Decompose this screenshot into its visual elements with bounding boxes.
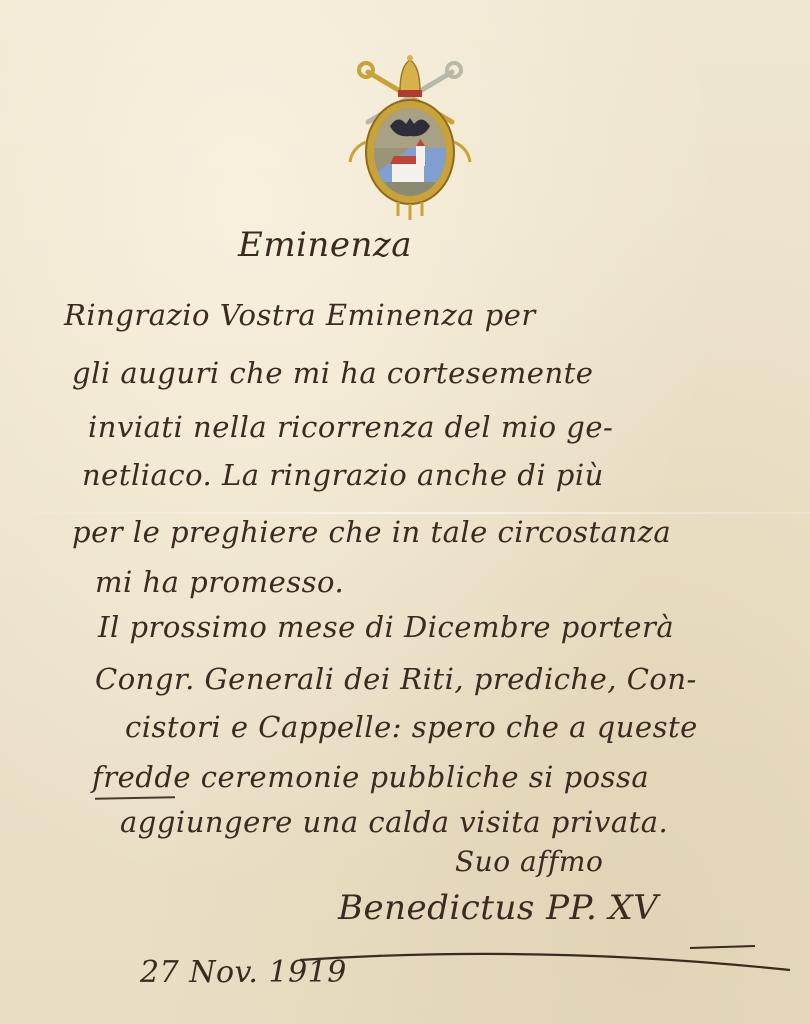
body-line-1: Ringrazio Vostra Eminenza per (64, 298, 536, 332)
body-line-3: inviati nella ricorrenza del mio ge- (88, 410, 613, 444)
closing: Suo affmo (455, 845, 603, 878)
body-line-11: aggiungere una calda visita privata. (120, 805, 668, 839)
signature-flourish-icon (290, 940, 800, 980)
body-line-9: cistori e Cappelle: spero che a queste (125, 710, 698, 744)
body-line-2: gli auguri che mi ha cortesemente (72, 356, 593, 390)
letter-page: Eminenza Ringrazio Vostra Eminenza per g… (0, 0, 810, 1024)
body-line-8: Congr. Generali dei Riti, prediche, Con- (95, 662, 697, 696)
signature: Benedictus PP. XV (338, 888, 658, 928)
date: 27 Nov. 1919 (140, 955, 347, 990)
papal-coat-of-arms-icon (340, 52, 480, 222)
underline-fredde (95, 796, 175, 799)
body-line-10: fredde ceremonie pubbliche si possa (92, 760, 649, 794)
body-line-7: Il prossimo mese di Dicembre porterà (98, 610, 674, 644)
body-line-5: per le preghiere che in tale circostanza (72, 515, 671, 549)
paper-fold-line (0, 512, 810, 514)
body-line-6: mi ha promesso. (95, 565, 344, 599)
salutation: Eminenza (238, 225, 412, 265)
body-line-4: netliaco. La ringrazio anche di più (82, 458, 604, 492)
